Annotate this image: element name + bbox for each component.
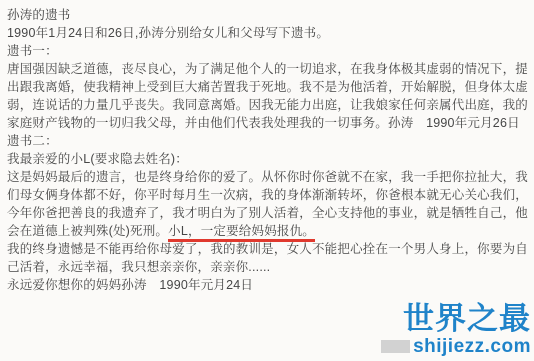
note2-heading: 遗书二： xyxy=(7,132,528,150)
page-title: 孙涛的遗书 xyxy=(7,6,528,24)
note1-body: 唐国强因缺乏道德，丧尽良心，为了满足他个人的一切追求，在我身体极其虚弱的情况下，… xyxy=(7,60,528,132)
site-watermark: 世界之最 shijiezz.com xyxy=(381,303,531,356)
watermark-site-url: shijiezz.com xyxy=(413,337,531,356)
note2-closing: 我的终身遗憾是不能再给你母爱了，我的教训是，女人不能把心拴在一个男人身上，你要为… xyxy=(7,240,528,276)
note2-signature: 永远爱你想你的妈妈孙涛 1990年元月24日 xyxy=(7,276,528,294)
article-page: 孙涛的遗书 1990年1月24日和26日,孙涛分别给女儿和父母写下遗书。 遗书一… xyxy=(7,6,528,294)
note2-salutation: 我最亲爱的小L(要求隐去姓名)： xyxy=(7,150,528,168)
watermark-site-row: shijiezz.com xyxy=(381,337,531,356)
note2-body: 这是妈妈最后的遗言，也是终身给你的爱了。从怀你时你爸就不在家，我一手把你拉扯大，… xyxy=(7,168,528,240)
watermark-brand-text: 世界之最 xyxy=(381,303,531,334)
watermark-gray-bar xyxy=(381,340,410,353)
intro-line: 1990年1月24日和26日,孙涛分别给女儿和父母写下遗书。 xyxy=(7,24,528,42)
note1-heading: 遗书一： xyxy=(7,42,528,60)
